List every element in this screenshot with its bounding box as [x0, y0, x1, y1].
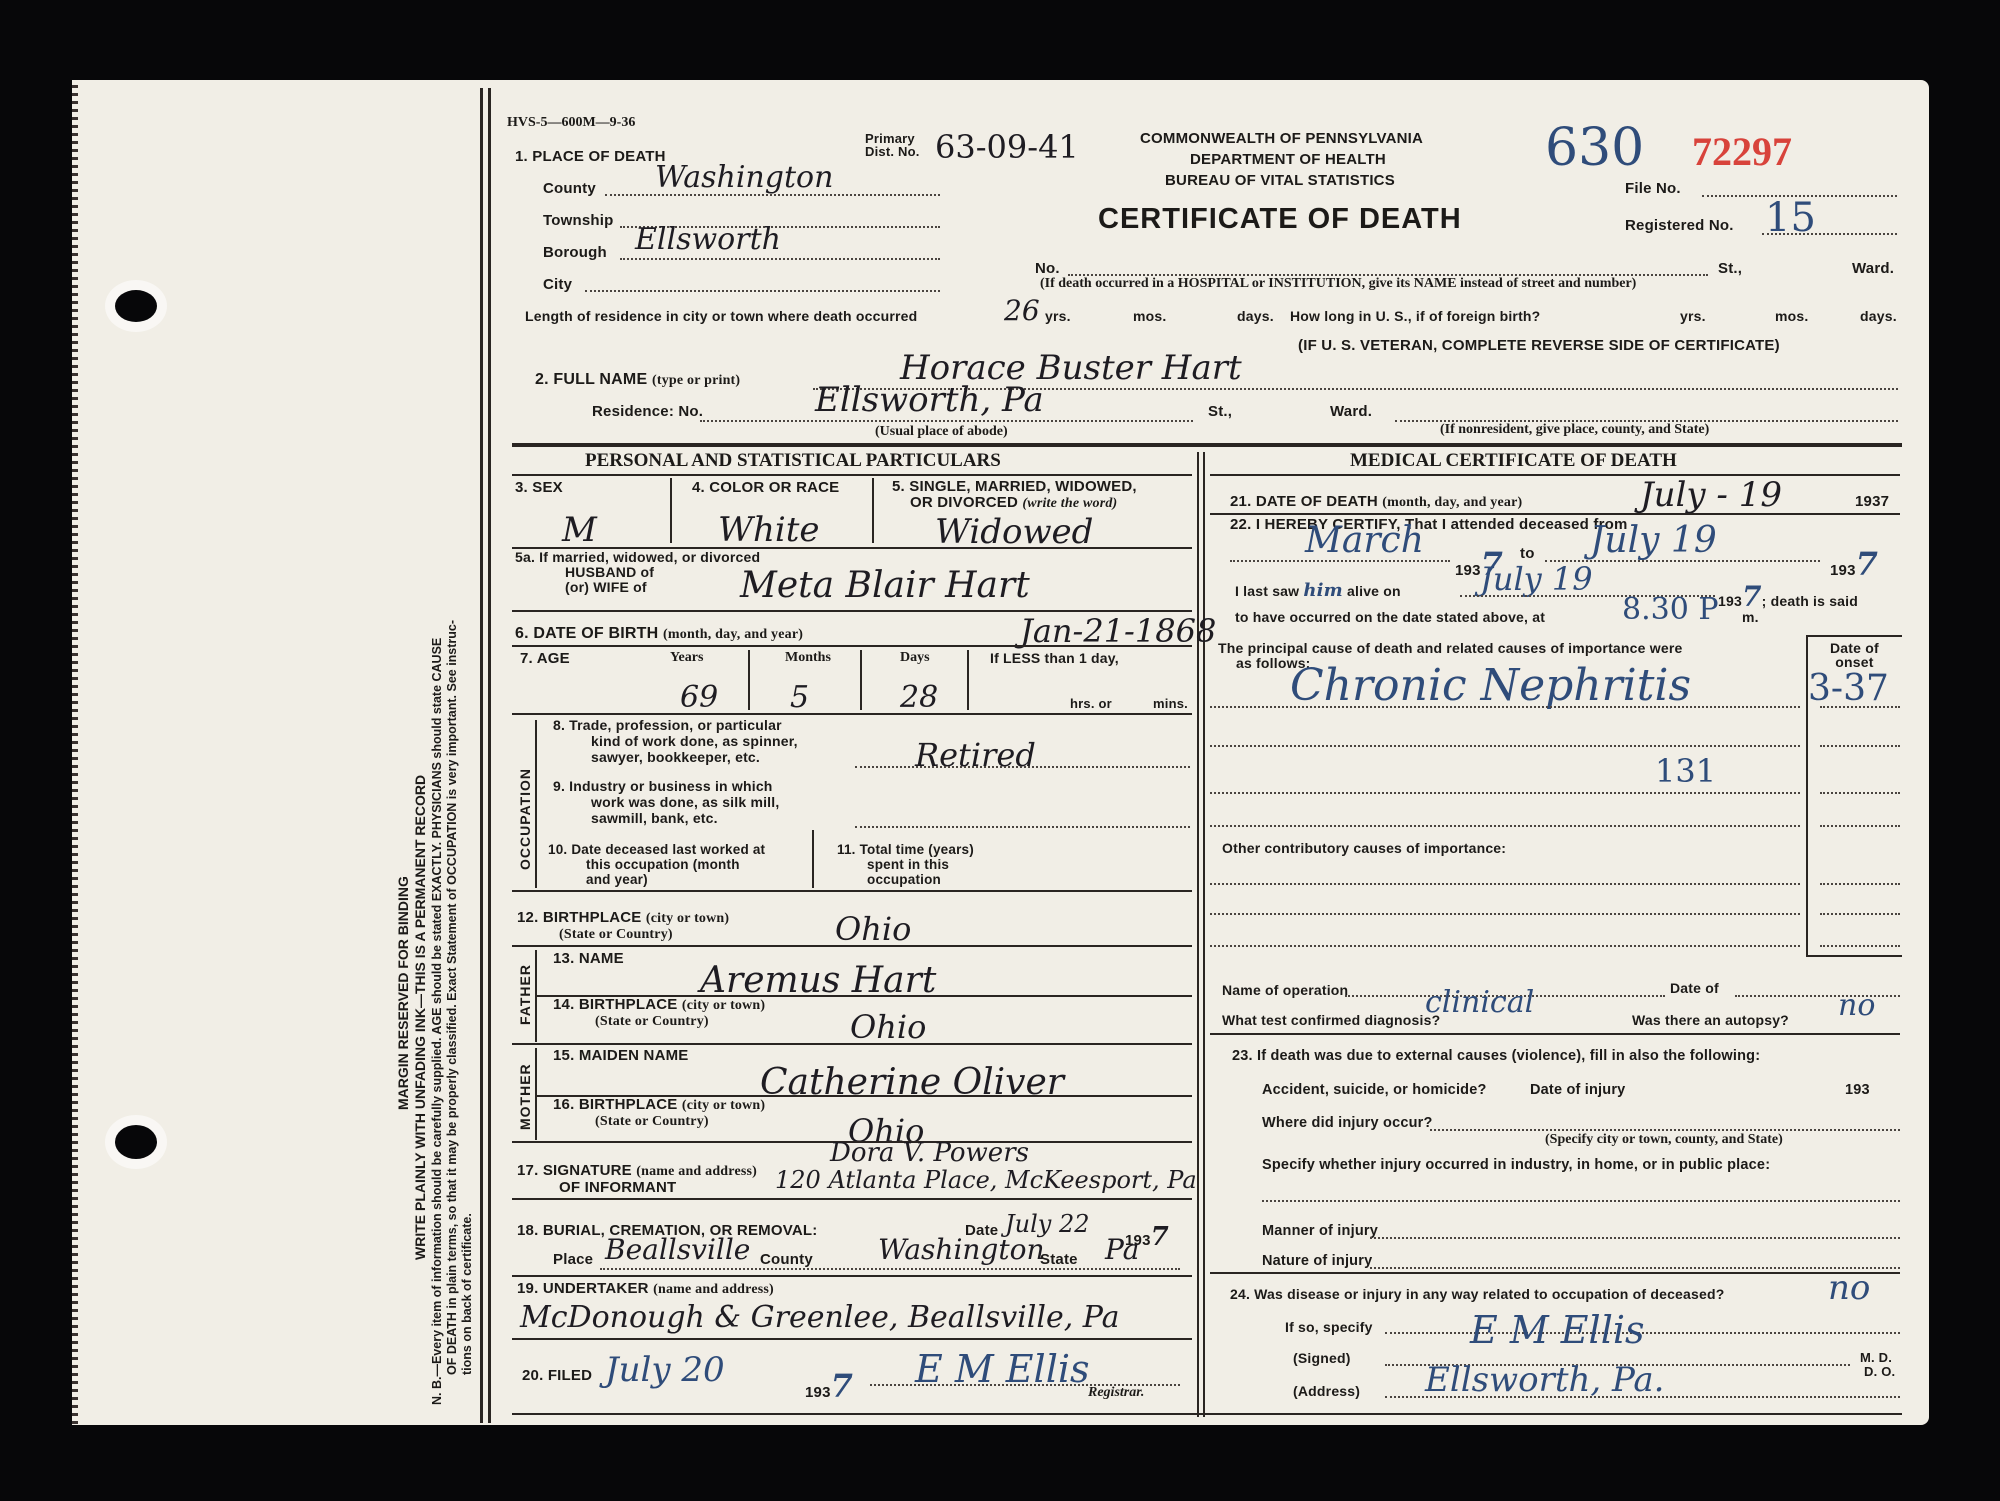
marital-label: 5. SINGLE, MARRIED, WIDOWED, OR DIVORCED… — [892, 479, 1137, 512]
residence-days-label: days. — [1237, 308, 1274, 324]
township-label: Township — [543, 212, 613, 229]
burial-state-label: State — [1040, 1251, 1078, 1268]
trade-value: Retired — [915, 736, 1036, 774]
rule — [512, 474, 1192, 476]
where-label: Where did injury occur? — [1262, 1115, 1433, 1131]
if-so-label: If so, specify — [1285, 1319, 1373, 1335]
attended-from-line — [1230, 560, 1450, 562]
rule — [860, 650, 862, 710]
onset-label: Date ofonset — [1830, 641, 1879, 669]
rule — [512, 1413, 1902, 1415]
autopsy-value: no — [1838, 988, 1875, 1023]
rule — [1210, 474, 1900, 476]
foreign-birth-label: How long in U. S., if of foreign birth? — [1290, 308, 1540, 324]
age-years-label: Years — [670, 650, 703, 666]
residence-mos-label: mos. — [1133, 308, 1166, 324]
rule — [1210, 513, 1900, 515]
attended-to: July 19 — [1590, 520, 1717, 561]
residence-label: Residence: No. — [592, 403, 703, 420]
occupation-side-label: OCCUPATION — [517, 768, 533, 870]
burial-place-label: Place — [553, 1251, 593, 1268]
informant-name: Dora V. Powers — [830, 1138, 1029, 1168]
personal-heading: PERSONAL AND STATISTICAL PARTICULARS — [585, 450, 1001, 472]
city-line — [585, 290, 940, 292]
place-of-death-label: 1. PLACE OF DEATH — [515, 148, 666, 165]
operation-label: Name of operation — [1222, 982, 1348, 998]
rule — [967, 650, 969, 710]
dod-year: 1937 — [1855, 493, 1889, 510]
nonresident-note: (If nonresident, give place, county, and… — [1440, 422, 1709, 438]
cause-code: 131 — [1655, 752, 1716, 790]
certify-label: 22. I HEREBY CERTIFY, That I attended de… — [1230, 516, 1628, 533]
burial-county-label: County — [760, 1251, 813, 1268]
age-days-label: Days — [900, 650, 930, 666]
binding-hole-bottom — [115, 1125, 157, 1159]
registered-no-line — [1762, 233, 1897, 235]
age-years-value: 69 — [680, 680, 718, 715]
burial-county-value: Washington — [878, 1233, 1045, 1266]
hrs-label: hrs. or — [1070, 696, 1112, 711]
foreign-mos-label: mos. — [1775, 308, 1808, 324]
manner-label: Manner of injury — [1262, 1223, 1378, 1239]
registrar-label: Registrar. — [1088, 1385, 1144, 1401]
primary-dist-label: PrimaryDist. No. — [865, 132, 920, 158]
rule — [512, 945, 1192, 947]
burial-place-line — [600, 1268, 1180, 1270]
rule — [535, 720, 537, 888]
total-time-label: 11. Total time (years) spent in this occ… — [837, 842, 974, 887]
sex-label: 3. SEX — [515, 479, 563, 496]
informant-label: 17. SIGNATURE (name and address) OF INFO… — [517, 1163, 757, 1196]
binding-hole-top — [115, 290, 157, 322]
attended-from: March — [1305, 520, 1424, 561]
primary-dist-no: 63-09-41 — [935, 128, 1079, 166]
address-line — [1385, 1396, 1900, 1398]
onset-line — [1820, 745, 1900, 747]
occupation-related-label: 24. Was disease or injury in any way rel… — [1230, 1286, 1725, 1302]
rule — [512, 713, 1192, 715]
onset-value: 3-37 — [1808, 668, 1889, 709]
burial-state-value: Pa — [1105, 1233, 1139, 1266]
physician-signature: E M Ellis — [1470, 1308, 1645, 1352]
veteran-note: (IF U. S. VETERAN, COMPLETE REVERSE SIDE… — [1298, 337, 1780, 354]
contributory-line — [1210, 945, 1800, 947]
dod-value: July - 19 — [1640, 475, 1782, 515]
father-side-label: FATHER — [517, 964, 533, 1025]
agency-line-2: DEPARTMENT OF HEALTH — [1190, 151, 1386, 168]
rule — [812, 830, 814, 888]
sex-value: M — [562, 510, 597, 550]
city-label: City — [543, 276, 572, 293]
signed-label: (Signed) — [1293, 1350, 1351, 1366]
spouse-label: 5a. If married, widowed, or divorced HUS… — [515, 550, 760, 595]
margin-binding-note: MARGIN RESERVED FOR BINDING — [395, 876, 411, 1110]
rule — [512, 1275, 1192, 1277]
form-code: HVS-5—600M—9-36 — [507, 115, 635, 131]
mother-side-label: MOTHER — [517, 1063, 533, 1130]
test-value: clinical — [1425, 985, 1534, 1020]
rule — [1806, 955, 1902, 957]
cause-line — [1210, 706, 1800, 708]
county-value: Washington — [655, 160, 833, 195]
burial-place-value: Beallsville — [605, 1233, 750, 1266]
rule — [512, 1338, 1192, 1340]
principal-cause-value: Chronic Nephritis — [1290, 660, 1691, 711]
hospital-note: (If death occurred in a HOSPITAL or INST… — [1040, 276, 1636, 292]
street-no-label: No. — [1035, 260, 1060, 277]
rule — [1210, 1272, 1900, 1274]
residence-ward-label: Ward. — [1330, 403, 1372, 420]
trade-label: 8. Trade, profession, or particular kind… — [553, 717, 798, 765]
attended-to-year: 1937 — [1830, 545, 1878, 583]
rule — [872, 478, 874, 543]
agency-line-1: COMMONWEALTH OF PENNSYLVANIA — [1140, 130, 1423, 147]
industry-label: 9. Industry or business in which work wa… — [553, 778, 779, 826]
residence-yrs-label: yrs. — [1045, 308, 1071, 324]
street-st-label: St., — [1718, 260, 1742, 277]
filed-year: 1937 — [805, 1367, 853, 1405]
onset-line — [1820, 913, 1900, 915]
rule — [1808, 635, 1902, 637]
onset-line — [1820, 945, 1900, 947]
medical-heading: MEDICAL CERTIFICATE OF DEATH — [1350, 450, 1677, 472]
abode-note: (Usual place of abode) — [875, 424, 1008, 440]
occurred-label: to have occurred on the date stated abov… — [1235, 609, 1545, 625]
registered-no-label: Registered No. — [1625, 217, 1734, 234]
race-value: White — [718, 510, 820, 550]
onset-line — [1820, 825, 1900, 827]
rule — [512, 890, 1192, 892]
informant-address: 120 Atlanta Place, McKeesport, Pa — [775, 1166, 1197, 1194]
accident-label: Accident, suicide, or homicide? — [1262, 1082, 1487, 1098]
less-day-label: If LESS than 1 day, — [990, 650, 1119, 666]
occupation-related-value: no — [1828, 1268, 1870, 1308]
margin-ink-note: WRITE PLAINLY WITH UNFADING INK—THIS IS … — [412, 775, 428, 1260]
residence-years: 26 — [1004, 294, 1040, 327]
mother-birthplace-label: 16. BIRTHPLACE (city or town) (State or … — [553, 1097, 765, 1130]
certificate-title: CERTIFICATE OF DEATH — [1098, 203, 1462, 236]
birthplace-label: 12. BIRTHPLACE (city or town) (State or … — [517, 910, 729, 943]
residence-st-label: St., — [1208, 403, 1232, 420]
test-label: What test confirmed diagnosis? — [1222, 1012, 1440, 1028]
father-name-label: 13. NAME — [553, 950, 624, 967]
last-saw-year: 1937; death is said — [1718, 580, 1858, 613]
nature-line — [1370, 1267, 1900, 1269]
rule — [512, 645, 1192, 647]
rule — [748, 650, 750, 710]
onset-line — [1820, 706, 1900, 708]
foreign-yrs-label: yrs. — [1680, 308, 1706, 324]
dob-label: 6. DATE OF BIRTH (month, day, and year) — [515, 625, 803, 643]
county-label: County — [543, 180, 596, 197]
mother-name-label: 15. MAIDEN NAME — [553, 1047, 689, 1064]
rule — [512, 1198, 1192, 1200]
father-birthplace-value: Ohio — [850, 1008, 926, 1046]
nature-label: Nature of injury — [1262, 1253, 1372, 1269]
margin-nb-note-2: OF DEATH in plain terms, so that it may … — [445, 620, 459, 1375]
borough-value: Ellsworth — [635, 222, 781, 257]
residence-length-label: Length of residence in city or town wher… — [525, 308, 917, 324]
time-of-death: 8.30 P — [1622, 592, 1719, 627]
residence-value: Ellsworth, Pa — [815, 380, 1044, 420]
column-divider — [1197, 452, 1205, 1417]
onset-line — [1820, 792, 1900, 794]
father-birthplace-label: 14. BIRTHPLACE (city or town) (State or … — [553, 997, 765, 1030]
filed-label: 20. FILED — [522, 1367, 592, 1384]
mins-label: mins. — [1153, 696, 1188, 711]
undertaker-value: McDonough & Greenlee, Beallsville, Pa — [520, 1300, 1120, 1335]
specify-line — [1262, 1200, 1900, 1202]
last-saw-date: July 19 — [1480, 560, 1593, 598]
dod-label: 21. DATE OF DEATH (month, day, and year) — [1230, 493, 1522, 511]
age-label: 7. AGE — [520, 650, 570, 667]
contributory-line — [1210, 913, 1800, 915]
spouse-value: Meta Blair Hart — [740, 565, 1030, 606]
address-label: (Address) — [1293, 1383, 1360, 1399]
margin-nb-note-3: tions on back of certificate. — [460, 1213, 474, 1375]
section-divider — [512, 443, 1902, 447]
do-label: D. O. — [1864, 1364, 1895, 1379]
cause-line — [1210, 792, 1800, 794]
rule — [535, 1048, 537, 1140]
county-line — [605, 194, 940, 196]
autopsy-label: Was there an autopsy? — [1632, 1012, 1789, 1028]
street-ward-label: Ward. — [1852, 260, 1894, 277]
race-label: 4. COLOR OR RACE — [692, 479, 839, 496]
age-months-label: Months — [785, 650, 831, 666]
file-no-label: File No. — [1625, 180, 1681, 197]
contributory-label: Other contributory causes of importance: — [1222, 840, 1506, 856]
industry-line — [855, 826, 1190, 828]
operation-date-label: Date of — [1670, 980, 1719, 996]
birthplace-value: Ohio — [835, 910, 911, 948]
rule — [512, 1043, 1192, 1045]
cause-line — [1210, 745, 1800, 747]
manner-line — [1370, 1237, 1900, 1239]
contributory-line — [1210, 883, 1800, 885]
borough-line — [620, 258, 940, 260]
age-days-value: 28 — [900, 680, 938, 715]
external-causes-label: 23. If death was due to external causes … — [1232, 1048, 1760, 1064]
full-name-label: 2. FULL NAME (type or print) — [535, 371, 740, 389]
rule — [1210, 1033, 1900, 1035]
margin-nb-note-1: N. B.—Every item of information should b… — [430, 638, 444, 1405]
binding-border — [480, 88, 491, 1423]
filed-date: July 20 — [605, 1350, 725, 1390]
foreign-days-label: days. — [1860, 308, 1897, 324]
undertaker-label: 19. UNDERTAKER (name and address) — [517, 1280, 774, 1298]
borough-label: Borough — [543, 244, 607, 261]
specify-place-label: Specify whether injury occurred in indus… — [1262, 1157, 1770, 1173]
last-worked-label: 10. Date deceased last worked at this oc… — [548, 842, 765, 887]
agency-line-3: BUREAU OF VITAL STATISTICS — [1165, 172, 1395, 189]
where-line — [1430, 1129, 1900, 1131]
last-saw-label: I last saw him alive on — [1235, 580, 1401, 601]
pencil-note: 630 — [1545, 118, 1644, 178]
injury-year-label: 193 — [1845, 1082, 1870, 1098]
residence-line — [700, 420, 1193, 422]
m-label: m. — [1742, 609, 1759, 625]
rule — [670, 478, 672, 543]
perforated-edge — [72, 80, 78, 1425]
trade-line — [855, 766, 1190, 768]
where-note: (Specify city or town, county, and State… — [1545, 1132, 1783, 1148]
file-stamp-number: 72297 — [1692, 128, 1792, 175]
marital-value: Widowed — [935, 512, 1093, 552]
onset-line — [1820, 883, 1900, 885]
md-label: M. D. — [1860, 1350, 1892, 1365]
cause-line — [1210, 825, 1800, 827]
physician-address: Ellsworth, Pa. — [1425, 1360, 1664, 1400]
injury-date-label: Date of injury — [1530, 1082, 1625, 1098]
age-months-value: 5 — [790, 680, 809, 715]
